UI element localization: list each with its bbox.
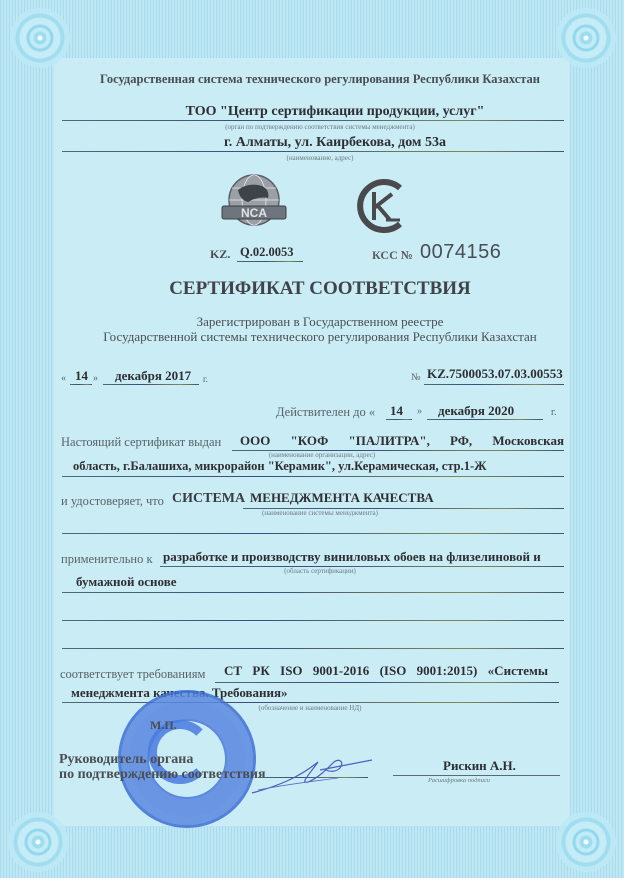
svg-text:NCA: NCA	[241, 206, 267, 220]
system-caption: (наименование системы менеджмента)	[240, 509, 400, 517]
kz-label: KZ.	[210, 247, 230, 262]
registered-line-2: Государственной системы технического рег…	[60, 329, 580, 345]
underline	[103, 384, 199, 385]
year-suffix: г.	[203, 374, 208, 384]
standard-caption: (обозначение и наименование НД)	[240, 704, 380, 712]
valid-until-label: Действителен до «	[276, 405, 375, 420]
certificate-number: KZ.7500053.07.03.00553	[427, 366, 563, 382]
handwritten-signature-icon	[248, 748, 378, 798]
signer-name: Рискин А.Н.	[443, 758, 516, 774]
underline	[62, 120, 564, 121]
underline	[427, 419, 543, 420]
scope-caption: (область сертификации)	[265, 567, 375, 575]
scope-line-2: бумажной основе	[76, 574, 176, 590]
registered-line-1: Зарегистрирован в Государственном реестр…	[60, 314, 580, 330]
certifies-label: и удостоверяет, что	[61, 494, 164, 509]
valid-day: 14	[390, 403, 403, 419]
corner-rosette-icon	[8, 812, 68, 872]
nca-globe-logo-icon: NCA	[218, 172, 290, 232]
underline	[62, 648, 564, 649]
system-title: Государственная система технического рег…	[60, 72, 580, 87]
head-title-line-1: Руководитель органа	[59, 752, 193, 768]
underline	[386, 419, 412, 420]
underline	[62, 702, 559, 703]
underline	[70, 384, 92, 385]
underline	[237, 261, 303, 262]
scope-label: применительно к	[61, 552, 153, 567]
year-suffix: г.	[551, 407, 556, 418]
certificate-title: СЕРТИФИКАТ СООТВЕТСТВИЯ	[60, 278, 580, 300]
body-caption: (орган по подтверждению соответствия сис…	[60, 123, 580, 131]
kcc-blank-number: 0074156	[420, 241, 501, 264]
issue-month-year: декабря 2017	[115, 368, 191, 384]
corner-rosette-icon	[556, 8, 616, 68]
corner-rosette-icon	[10, 8, 70, 68]
issued-to-caption: (наименование организации, адрес)	[232, 451, 412, 459]
complies-label: соответствует требованиям	[60, 667, 205, 682]
standard-line-1: СТ РК ISO 9001-2016 (ISO 9001:2015) «Сис…	[224, 663, 548, 679]
underline	[62, 476, 564, 477]
body-address: г. Алматы, ул. Каирбекова, дом 53а	[90, 135, 580, 151]
kcc-conformity-mark-icon	[352, 176, 412, 236]
stamp-place-label: М.П.	[150, 718, 177, 733]
system-word: СИСТЕМА	[172, 491, 245, 507]
quote-close: »	[93, 373, 98, 384]
scope-line-1: разработке и производству виниловых обое…	[163, 549, 541, 565]
quote-close: »	[417, 406, 422, 417]
certification-body-name: ТОО "Центр сертификации продукции, услуг…	[90, 104, 580, 120]
signer-caption: Расшифровка подписи	[428, 777, 490, 784]
underline	[424, 384, 564, 385]
underline	[215, 682, 559, 683]
head-title-line-2: по подтверждению соответствия	[59, 767, 266, 783]
kz-accreditation-number: Q.02.0053	[240, 245, 293, 260]
underline	[62, 620, 564, 621]
underline	[62, 151, 564, 152]
corner-rosette-icon	[556, 812, 616, 872]
address-caption: (наименование, адрес)	[60, 154, 580, 162]
issued-to-line-1: ООО "КОФ "ПАЛИТРА", РФ, Московская	[240, 433, 564, 449]
underline	[62, 592, 564, 593]
quote-open: «	[61, 373, 66, 384]
issued-to-line-2: область, г.Балашиха, микрорайон "Керамик…	[73, 459, 487, 474]
system-name: МЕНЕДЖМЕНТА КАЧЕСТВА	[250, 490, 434, 506]
valid-month-year: декабря 2020	[438, 403, 514, 419]
kcc-label: КСС №	[372, 248, 413, 263]
underline	[62, 533, 564, 534]
issue-day: 14	[75, 368, 88, 384]
issued-to-label: Настоящий сертификат выдан	[61, 435, 221, 450]
signer-underline	[393, 775, 560, 776]
number-label: №	[411, 372, 421, 383]
